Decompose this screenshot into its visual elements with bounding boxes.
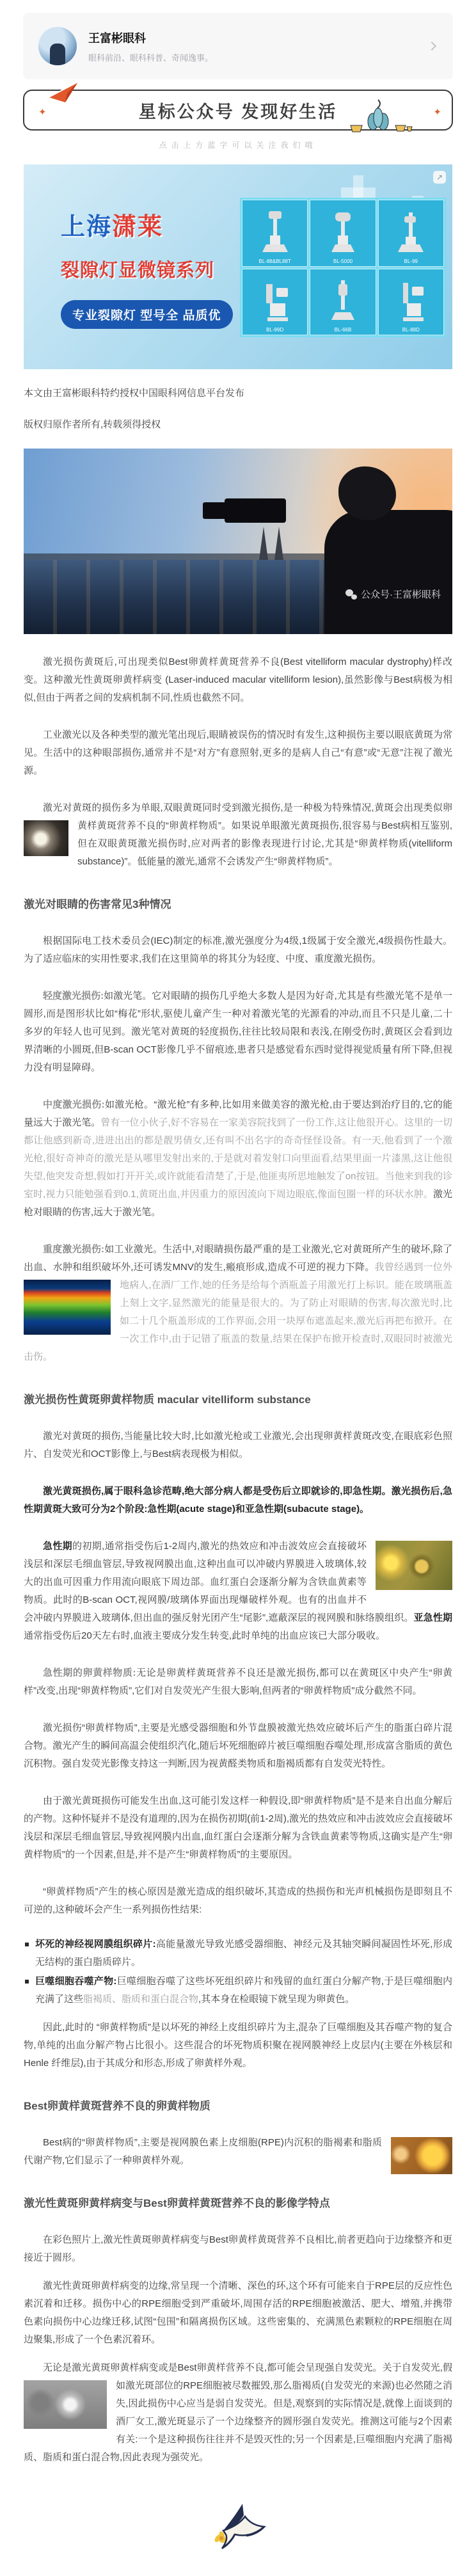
fundus-photo-small bbox=[24, 820, 68, 856]
photographer-silhouette bbox=[324, 510, 452, 634]
paragraph: 重度激光损伤:如工业激光。生活中,对眼睛损伤最严重的是工业激光,它对黄斑所产生的… bbox=[24, 1241, 452, 1366]
paragraph-text: 工业激光以及各种类型的激光笔出现后,眼睛被误伤的情况时有发生,这种损伤主要以眼底… bbox=[24, 729, 452, 776]
paragraph: 因此,此时的 “卵黄样物质”是以坏死的神经上皮组织碎片为主,混杂了巨噬细胞及其吞… bbox=[24, 2019, 452, 2072]
section-heading: Best卵黄样黄斑营养不良的卵黄样物质 bbox=[24, 2098, 452, 2115]
watermark-text: 公众号·王富彬眼科 bbox=[361, 587, 441, 601]
paragraph: 激光对黄斑的损伤,当能量比较大时,比如激光枪或工业激光,会出现卵黄样黄斑改变,在… bbox=[24, 1427, 452, 1463]
slit-lamp-product-image bbox=[325, 210, 361, 256]
brand-city: 上海 bbox=[61, 214, 112, 241]
follow-hint: 点击上方蓝字可以关注我们哦 bbox=[0, 139, 476, 150]
publish-notice: 本文由王富彬眼科特约授权中国眼科网信息平台发布 bbox=[24, 386, 452, 399]
product-label: BL-99 bbox=[379, 258, 443, 264]
paragraph: 急性期的初期,通常指受伤后1-2周内,激光的热效应和冲击波效应会直接破坏浅层和深… bbox=[24, 1538, 452, 1645]
paragraph-text: 如激光笔。它对眼睛的损伤几乎绝大多数人是因为好奇,尤其是有些激光笔不是单一圆形,… bbox=[24, 990, 452, 1073]
product-cell[interactable]: BL-99 bbox=[378, 200, 444, 267]
slit-lamp-product-image bbox=[325, 279, 361, 325]
section-heading: 激光性黄斑卵黄样病变与Best卵黄样黄斑营养不良的影像学特点 bbox=[24, 2195, 452, 2212]
account-card[interactable]: 王富彬眼科 眼科前沿、眼科科普、奇闻逸事。 bbox=[23, 13, 453, 79]
paragraph: Best病的“卵黄样物质”,主要是视网膜色素上皮细胞(RPE)内沉积的脂褐素和脂… bbox=[24, 2134, 452, 2170]
account-info: 王富彬眼科 眼科前沿、眼科科普、奇闻逸事。 bbox=[88, 29, 429, 63]
paragraph: 急性期的卵黄样物质:无论是卵黄样黄斑营养不良还是激光损伤,都可以在黄斑区中央产生… bbox=[24, 1664, 452, 1700]
list-item: 坏死的神经视网膜组织碎片:高能量激光导致光感受器细胞、神经元及其轴突瞬间凝固性坏… bbox=[24, 1936, 452, 1971]
swallow-logo bbox=[203, 2500, 273, 2554]
ad-tagline-pill: 专业裂隙灯 型号全 品质优 bbox=[61, 300, 233, 329]
cathedral-spire bbox=[259, 527, 268, 560]
list-item: 巨噬细胞吞噬产物:巨噬细胞吞噬了这些坏死组织碎片和残留的血红蛋白分解产物,于是巨… bbox=[24, 1973, 452, 2008]
paragraph-text: 的初期,通常指受伤后1-2周内,激光的热效应和冲击波效应会直接破坏浅层和深层毛细… bbox=[24, 1541, 414, 1623]
cathedral-spire bbox=[274, 527, 283, 560]
chevron-right-icon[interactable] bbox=[427, 42, 436, 51]
account-name: 王富彬眼科 bbox=[88, 29, 429, 46]
avatar[interactable] bbox=[38, 27, 77, 65]
copyright-notice: 版权归原作者所有,转载须得授权 bbox=[24, 417, 452, 431]
bullet-label: 坏死的神经视网膜组织碎片: bbox=[35, 1939, 156, 1950]
inline-label: 重度激光损伤: bbox=[43, 1244, 104, 1255]
paragraph-text: “卵黄样物质”产生的核心原因是激光造成的组织破坏,其造成的热损伤和光声机械损伤是… bbox=[24, 1886, 452, 1915]
sparkle-icon: ✦ bbox=[38, 106, 47, 118]
oct-scan-image bbox=[24, 1280, 111, 1335]
slit-lamp-ad-banner[interactable]: ↗ 上海潇莱 裂隙灯显微镜系列 专业裂隙灯 型号全 品质优 BL-88&BL88… bbox=[24, 164, 452, 369]
paragraph-text: 根据国际电工技术委员会(IEC)制定的标准,激光强度分为4级,1级属于安全激光,… bbox=[24, 935, 452, 964]
brand-name: 潇莱 bbox=[112, 214, 163, 241]
section-heading: 激光损伤性黄斑卵黄样物质 macular vitelliform substan… bbox=[24, 1392, 452, 1408]
slit-lamp-product-image bbox=[257, 210, 293, 256]
paragraph: 激光损伤“卵黄样物质”,主要是光感受器细胞和外节盘膜被激光热效应破坏后产生的脂蛋… bbox=[24, 1719, 452, 1773]
slit-lamp-product-image bbox=[393, 279, 429, 325]
ad-series-title: 裂隙灯显微镜系列 bbox=[61, 256, 233, 282]
paragraph-text: 无论是激光黄斑卵黄样病变或是Best卵黄样营养不良,都可能会呈现强自发荧光。 bbox=[43, 2362, 383, 2373]
product-grid: BL-88&BL88T BL-5000 BL-99 BL-99D BL-66B … bbox=[240, 198, 446, 337]
paragraph-text: 激光损伤黄斑后,可出现类似Best卵黄样黄斑营养不良(Best vitellif… bbox=[24, 656, 452, 703]
plant-and-cups-icon bbox=[343, 99, 413, 133]
article-page: 王富彬眼科 眼科前沿、眼科科普、奇闻逸事。 ✦ 星标公众号 发现好生活 ✦ bbox=[0, 0, 476, 2576]
paper-plane-icon bbox=[46, 81, 81, 106]
ad-text-block: 上海潇莱 裂隙灯显微镜系列 专业裂隙灯 型号全 品质优 bbox=[61, 207, 233, 329]
paragraph: 在彩色照片上,激光性黄斑卵黄样病变与Best卵黄样黄斑营养不良相比,前者更趋向于… bbox=[24, 2231, 452, 2267]
photo-watermark: 公众号·王富彬眼科 bbox=[345, 587, 441, 601]
follow-banner-title: 星标公众号 发现好生活 bbox=[139, 98, 338, 123]
product-label: BL-88D bbox=[379, 327, 443, 333]
wechat-icon bbox=[345, 589, 357, 600]
paragraph: 无论是激光黄斑卵黄样病变或是Best卵黄样营养不良,都可能会呈现强自发荧光。关于… bbox=[24, 2359, 452, 2467]
footer bbox=[0, 2500, 476, 2557]
inline-label: 急性期的卵黄样物质: bbox=[43, 1667, 136, 1678]
product-label: BL-5000 bbox=[310, 258, 375, 264]
photographer-photo: 公众号·王富彬眼科 bbox=[24, 449, 452, 634]
product-cell[interactable]: BL-88&BL88T bbox=[242, 200, 308, 267]
paragraph-text: 激光对黄斑的损伤,当能量比较大时,比如激光枪或工业激光,会出现卵黄样黄斑改变,在… bbox=[24, 1431, 452, 1459]
product-cell[interactable]: BL-5000 bbox=[310, 200, 376, 267]
bullet-label: 巨噬细胞吞噬产物: bbox=[35, 1976, 116, 1987]
product-label: BL-99D bbox=[242, 327, 307, 333]
slit-lamp-product-image bbox=[257, 279, 293, 325]
account-description: 眼科前沿、眼科科普、奇闻逸事。 bbox=[88, 51, 429, 63]
paragraph-text: Best病的“卵黄样物质”,主要是视网膜色素上皮细胞(RPE)内沉积的脂褐素和脂… bbox=[24, 2137, 382, 2166]
paragraph-text: 在彩色照片上,激光性黄斑卵黄样病变与Best卵黄样黄斑营养不良相比,前者更趋向于… bbox=[24, 2234, 452, 2263]
gray-text: 脂褐质、脂质和蛋白混合物 bbox=[83, 1994, 198, 2005]
product-label: BL-66B bbox=[310, 327, 375, 333]
sparkle-icon: ✦ bbox=[433, 106, 441, 118]
paragraph: 工业激光以及各种类型的激光笔出现后,眼睛被误伤的情况时有发生,这种损伤主要以眼底… bbox=[24, 726, 452, 780]
bold-term: 亚急性期 bbox=[414, 1612, 452, 1623]
autofluorescence-image bbox=[24, 2380, 107, 2429]
photographer-head bbox=[338, 466, 396, 520]
paragraph: 激光对黄斑的损伤多为单眼,双眼黄斑同时受到激光损伤,是一种极为特殊情况,黄斑会出… bbox=[24, 799, 452, 871]
paragraph-text: 因此,此时的 “卵黄样物质”是以坏死的神经上皮组织碎片为主,混杂了巨噬细胞及其吞… bbox=[24, 2022, 452, 2069]
paragraph-text: 激光性黄斑卵黄样病变的边缘,常呈现一个清晰、深色的环,这个环有可能来自于RPE层… bbox=[24, 2280, 452, 2345]
paragraph: “卵黄样物质”产生的核心原因是激光造成的组织破坏,其造成的热损伤和光声机械损伤是… bbox=[24, 1883, 452, 1919]
paragraph: 轻度激光损伤:如激光笔。它对眼睛的损伤几乎绝大多数人是因为好奇,尤其是有些激光笔… bbox=[24, 987, 452, 1077]
bold-term: 急性期 bbox=[43, 1541, 72, 1552]
product-cell[interactable]: BL-66B bbox=[310, 269, 376, 336]
best-disease-fundus-photo bbox=[391, 2137, 452, 2174]
paragraph-text: 由于激光黄斑损伤可能发生出血,这可能引发这样一种假设,即“卵黄样物质”是不是来自… bbox=[24, 1795, 452, 1860]
paragraph-text: 通常指受伤后20天左右时,血液主要成分发生转变,此时单纯的出血应该已大部分吸收。 bbox=[24, 1630, 385, 1641]
fundus-photo-yellow bbox=[376, 1541, 452, 1590]
paragraph: 激光性黄斑卵黄样病变的边缘,常呈现一个清晰、深色的环,这个环有可能来自于RPE层… bbox=[24, 2277, 452, 2349]
article-body: 激光损伤黄斑后,可出现类似Best卵黄样黄斑营养不良(Best vitellif… bbox=[24, 653, 452, 2467]
bold-paragraph-text: 激光黄斑损伤,属于眼科急诊范畴,绝大部分病人都是受伤后立即就诊的,即急性期。激光… bbox=[24, 1486, 452, 1515]
story-text: 曾有一位小伙子,好不容易在一家美容院找到了一份工作,这让他很开心。这里的一切都让… bbox=[24, 1117, 452, 1200]
ad-brand: 上海潇莱 bbox=[61, 207, 233, 242]
paragraph: 中度激光损伤:如激光枪。“激光枪”有多种,比如用来做美容的激光枪,由于要达到治疗… bbox=[24, 1096, 452, 1221]
product-cell[interactable]: BL-99D bbox=[242, 269, 308, 336]
product-cell[interactable]: BL-88D bbox=[378, 269, 444, 336]
follow-banner[interactable]: ✦ 星标公众号 发现好生活 ✦ bbox=[23, 90, 453, 131]
paragraph: 激光黄斑损伤,属于眼科急诊范畴,绝大部分病人都是受伤后立即就诊的,即急性期。激光… bbox=[24, 1483, 452, 1518]
follow-banner-frame: ✦ 星标公众号 发现好生活 ✦ bbox=[23, 90, 453, 131]
slit-lamp-product-image bbox=[393, 210, 429, 256]
paragraph: 由于激光黄斑损伤可能发生出血,这可能引发这样一种假设,即“卵黄样物质”是不是来自… bbox=[24, 1792, 452, 1864]
bullet-list: 坏死的神经视网膜组织碎片:高能量激光导致光感受器细胞、神经元及其轴突瞬间凝固性坏… bbox=[24, 1936, 452, 2008]
paragraph-text: 激光损伤“卵黄样物质”,主要是光感受器细胞和外节盘膜被激光热效应破坏后产生的脂蛋… bbox=[24, 1722, 452, 1769]
bullet-text: ,其本身在检眼镜下就呈现为卵黄色。 bbox=[198, 1994, 354, 2005]
banner-corner-icon[interactable]: ↗ bbox=[433, 171, 446, 184]
inline-label: 轻度激光损伤: bbox=[43, 990, 104, 1001]
paragraph: 激光损伤黄斑后,可出现类似Best卵黄样黄斑营养不良(Best vitellif… bbox=[24, 653, 452, 707]
product-label: BL-88&BL88T bbox=[242, 258, 307, 264]
camera-silhouette bbox=[225, 498, 286, 523]
inline-label: 中度激光损伤: bbox=[43, 1099, 105, 1110]
paragraph: 根据国际电工技术委员会(IEC)制定的标准,激光强度分为4级,1级属于安全激光,… bbox=[24, 932, 452, 968]
section-heading: 激光对眼睛的伤害常见3种情况 bbox=[24, 896, 452, 913]
